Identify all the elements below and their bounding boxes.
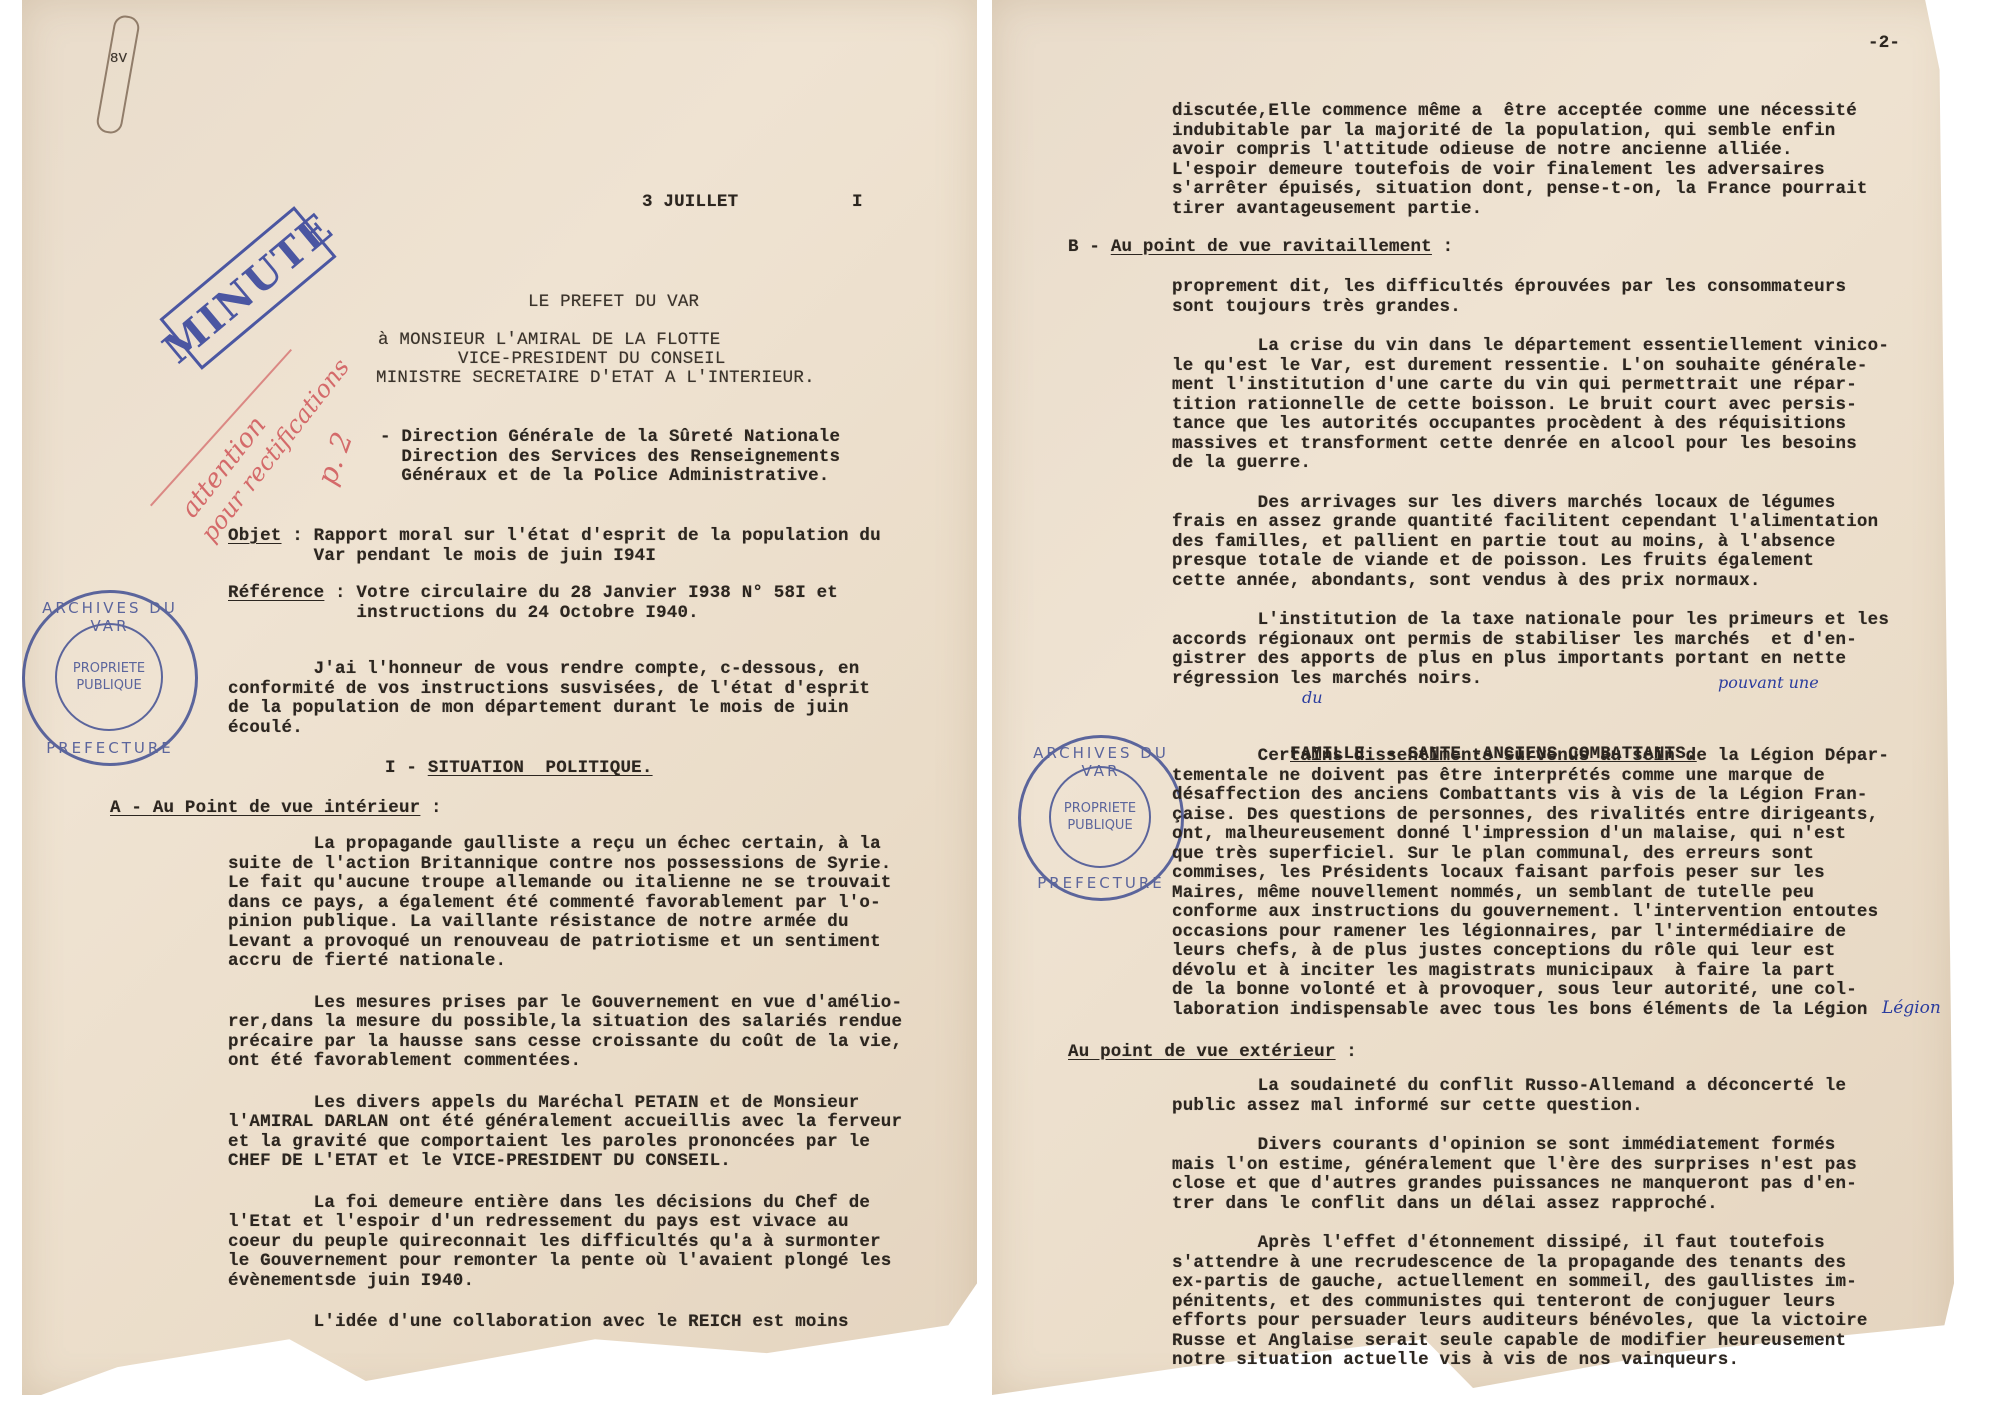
- continuation-paragraph: discutée,Elle commence même a être accep…: [1172, 102, 1868, 219]
- objet-text: : Rapport moral sur l'état d'esprit de l…: [228, 526, 881, 566]
- paragraph: La foi demeure entière dans les décision…: [228, 1194, 892, 1292]
- objet-label: Objet: [228, 526, 282, 546]
- archive-stamp-left: ARCHIVES DU VAR PROPRIETEPUBLIQUE PREFEC…: [22, 590, 198, 766]
- reference-block: Référence : Votre circulaire du 28 Janvi…: [228, 584, 838, 623]
- paragraph: proprement dit, les difficultés éprouvée…: [1172, 278, 1846, 317]
- subsection-b-title: Au point de vue ravitaillement: [1111, 237, 1432, 257]
- correction-du: du: [1302, 688, 1323, 707]
- stamp-center-2: PUBLIQUE: [1067, 817, 1132, 834]
- paragraph: Les mesures prises par le Gouvernement e…: [228, 994, 902, 1072]
- page-number: -2-: [1868, 34, 1900, 54]
- section-title-text: SITUATION POLITIQUE.: [428, 758, 653, 778]
- subsection-a-prefix: A -: [110, 798, 153, 818]
- direction-block: - Direction Générale de la Sûreté Nation…: [380, 428, 840, 487]
- intro-paragraph: J'ai l'honneur de vous rendre compte, c-…: [228, 660, 870, 738]
- paragraph: Des arrivages sur les divers marchés loc…: [1172, 494, 1878, 592]
- famille-paragraph: Certains dissentiments survenus au sein …: [1172, 747, 1889, 1020]
- subsection-ext: Au point de vue extérieur :: [1068, 1043, 1357, 1063]
- correction-legion: Légion: [1882, 998, 1941, 1018]
- section-number: I: [852, 193, 863, 213]
- archive-stamp-right: ARCHIVES DU VAR PROPRIETEPUBLIQUE PREFEC…: [1018, 735, 1184, 901]
- paragraph: Divers courants d'opinion se sont immédi…: [1172, 1136, 1857, 1214]
- paragraph: La soudaineté du conflit Russo-Allemand …: [1172, 1077, 1846, 1116]
- stamp-center-1: PROPRIETE: [1064, 800, 1136, 817]
- stamp-bottom-text: PREFECTURE: [25, 739, 195, 757]
- recipient-line-3: MINISTRE SECRETAIRE D'ETAT A L'INTERIEUR…: [376, 369, 815, 389]
- recipient-line-2: VICE-PRESIDENT DU CONSEIL: [458, 350, 726, 370]
- sender: LE PREFET DU VAR: [528, 293, 699, 313]
- stamp-center-2: PUBLIQUE: [76, 677, 141, 694]
- subsection-b: B - Au point de vue ravitaillement :: [1068, 238, 1453, 258]
- stamp-bottom-text: PREFECTURE: [1021, 874, 1181, 892]
- subsection-ext-title: Au point de vue extérieur: [1068, 1042, 1336, 1062]
- subsection-a-title: Au Point de vue intérieur: [153, 798, 421, 818]
- objet-block: Objet : Rapport moral sur l'état d'espri…: [228, 527, 881, 566]
- paragraph: L'idée d'une collaboration avec le REICH…: [228, 1313, 849, 1333]
- reference-label: Référence: [228, 583, 324, 603]
- paragraph: Les divers appels du Maréchal PETAIN et …: [228, 1094, 902, 1172]
- paragraph: La propagande gaulliste a reçu un échec …: [228, 835, 892, 972]
- correction-pouvant: pouvant une: [1718, 673, 1819, 692]
- paragraph: Après l'effet d'étonnement dissipé, il f…: [1172, 1234, 1868, 1371]
- recipient-line-1: à MONSIEUR L'AMIRAL DE LA FLOTTE: [378, 331, 720, 351]
- date-line: 3 JUILLET: [642, 193, 738, 213]
- subsection-a: A - Au Point de vue intérieur :: [110, 799, 442, 819]
- stamp-center-1: PROPRIETE: [73, 660, 145, 677]
- section-title: I - SITUATION POLITIQUE.: [385, 759, 653, 779]
- paragraph: La crise du vin dans le département esse…: [1172, 337, 1889, 474]
- corner-mark: 8V: [110, 50, 127, 70]
